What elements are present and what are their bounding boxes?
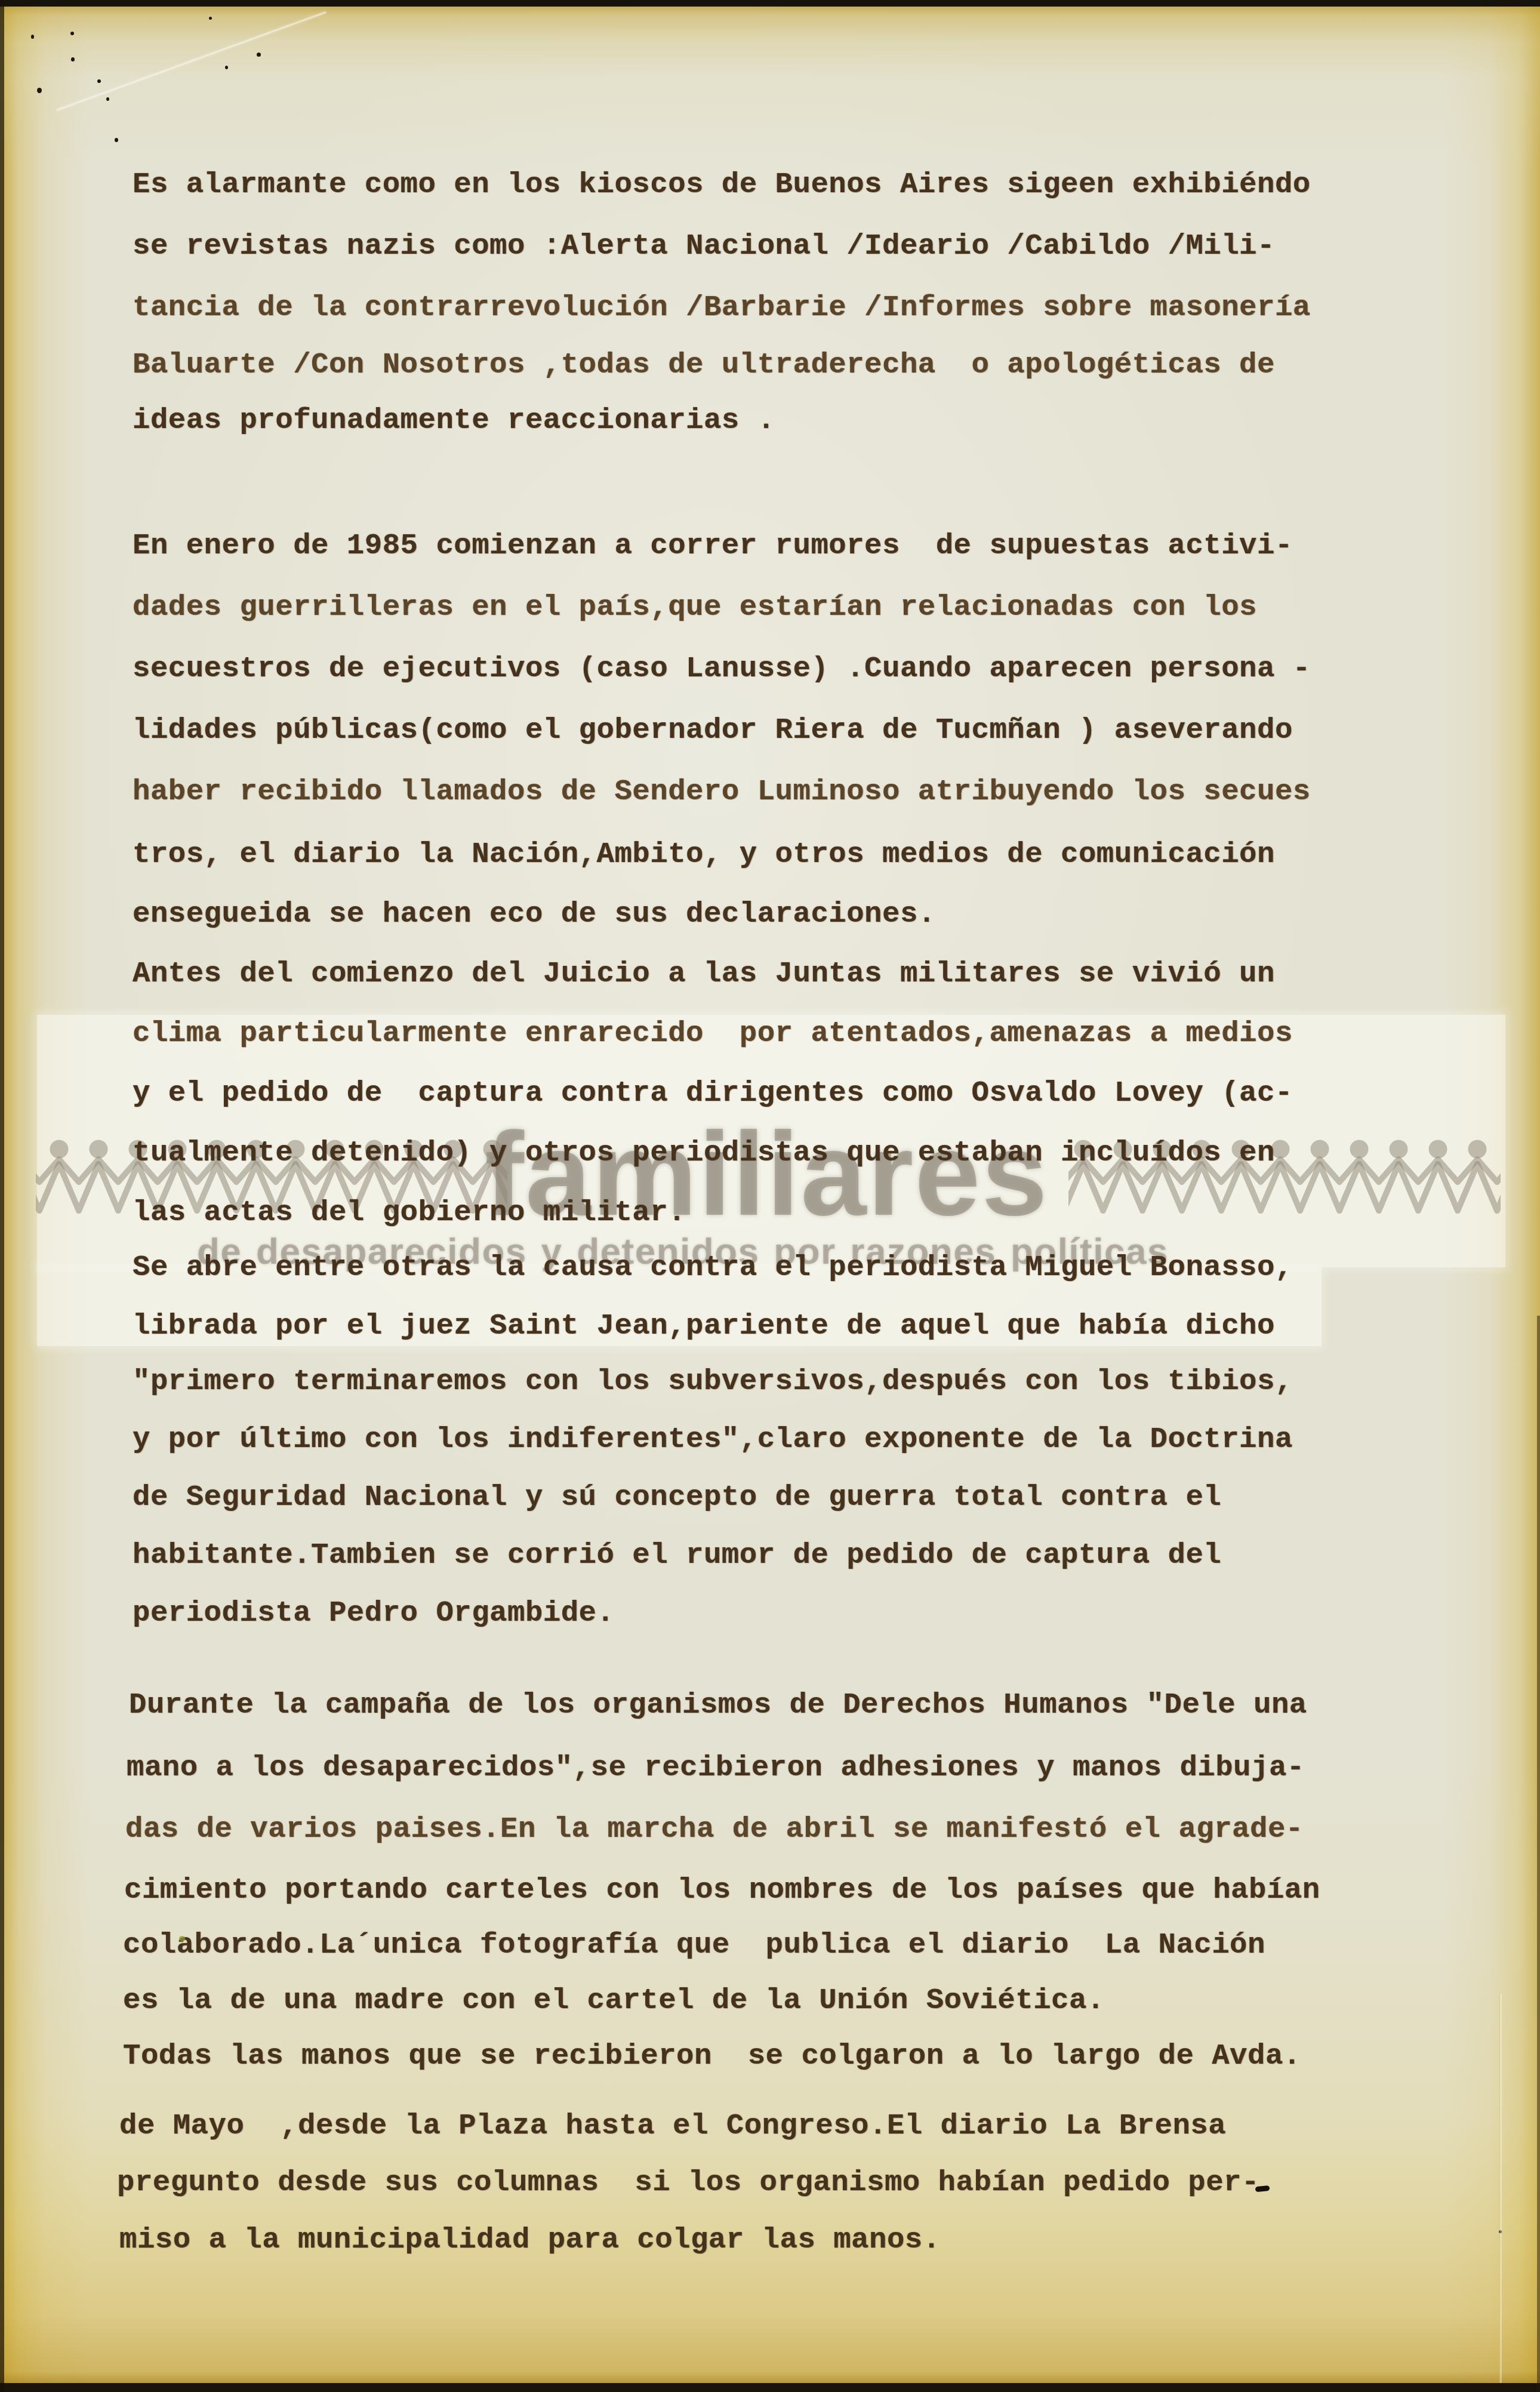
- typed-line: clima particularmente enrarecido por ate…: [133, 1018, 1293, 1050]
- typed-line: Antes del comienzo del Juicio a las Junt…: [133, 958, 1275, 990]
- typed-line: habitante.Tambien se corrió el rumor de …: [133, 1540, 1221, 1572]
- scan-edge-top: [0, 0, 1540, 7]
- typed-line: ideas profunadamente reaccionarias .: [133, 405, 775, 437]
- typed-line: librada por el juez Saint Jean,pariente …: [133, 1310, 1275, 1343]
- ink-speck: [115, 138, 118, 142]
- typed-line: Baluarte /Con Nosotros ,todas de ultrade…: [133, 349, 1275, 381]
- ink-speck: [70, 32, 74, 35]
- typed-line: tualmente detenido) y otros periodistas …: [133, 1137, 1275, 1169]
- ink-speck: [106, 97, 109, 101]
- typed-line: tros, el diario la Nación,Ambito, y otro…: [133, 839, 1275, 871]
- ink-speck: [37, 88, 42, 93]
- typed-line: se revistas nazis como :Alerta Nacional …: [133, 230, 1275, 263]
- typed-line: y el pedido de captura contra dirigentes…: [133, 1078, 1293, 1110]
- paper-crease: [56, 11, 326, 111]
- typed-line: cimiento portando carteles con los nombr…: [124, 1874, 1320, 1907]
- typed-line: haber recibido llamados de Sendero Lumin…: [133, 776, 1311, 808]
- typed-line: Durante la campaña de los organismos de …: [129, 1689, 1307, 1722]
- typed-line: tancia de la contrarrevolución /Barbarie…: [133, 292, 1311, 324]
- ink-speck: [31, 35, 34, 39]
- ink-speck: [209, 17, 212, 20]
- typed-line: y por último con los indiferentes",claro…: [133, 1424, 1293, 1456]
- scan-edge-bottom: [0, 2383, 1540, 2392]
- ink-speck: [97, 79, 101, 83]
- scan-edge-right: [1537, 1316, 1540, 2392]
- typed-line: lidades públicas(como el gobernador Rier…: [133, 715, 1293, 747]
- paper-crease: [1499, 1994, 1502, 2391]
- typed-line: ensegueida se hacen eco de sus declaraci…: [133, 898, 936, 931]
- scan-edge-left: [0, 0, 4, 2392]
- typed-line: miso a la municipalidad para colgar las …: [119, 2224, 941, 2256]
- typed-line: Todas las manos que se recibieron se col…: [123, 2040, 1301, 2073]
- paper-fleck: [179, 1936, 185, 1941]
- typed-line: colaborado.La´unica fotografía que publi…: [123, 1929, 1265, 1962]
- document-page: familiares de desaparecidos y detenidos …: [0, 0, 1540, 2392]
- typed-line: de Mayo ,desde la Plaza hasta el Congres…: [119, 2110, 1226, 2142]
- typed-line: Es alarmante como en los kioscos de Buen…: [133, 169, 1311, 201]
- typed-line: las actas del gobierno militar.: [133, 1197, 686, 1229]
- ink-speck: [71, 57, 75, 61]
- ink-dash-mark: [1255, 2185, 1270, 2192]
- typed-line: "primero terminaremos con los subversivo…: [133, 1366, 1293, 1398]
- typed-line: En enero de 1985 comienzan a correr rumo…: [133, 530, 1293, 562]
- typed-line: dades guerrilleras en el país,que estarí…: [133, 592, 1257, 624]
- typed-line: mano a los desaparecidos",se recibieron …: [127, 1752, 1305, 1784]
- typed-line: das de varios paises.En la marcha de abr…: [125, 1814, 1304, 1846]
- typed-line: Se abre entre otras la causa contra el p…: [133, 1252, 1293, 1284]
- ink-speck: [225, 66, 228, 69]
- typed-line: periodista Pedro Orgambide.: [133, 1597, 614, 1630]
- typed-line: secuestros de ejecutivos (caso Lanusse) …: [133, 653, 1311, 685]
- ink-speck: [257, 53, 261, 57]
- typed-line: de Seguridad Nacional y sú concepto de g…: [133, 1482, 1221, 1514]
- typed-line: pregunto desde sus columnas si los organ…: [117, 2167, 1259, 2199]
- typed-line: es la de una madre con el cartel de la U…: [123, 1985, 1105, 2017]
